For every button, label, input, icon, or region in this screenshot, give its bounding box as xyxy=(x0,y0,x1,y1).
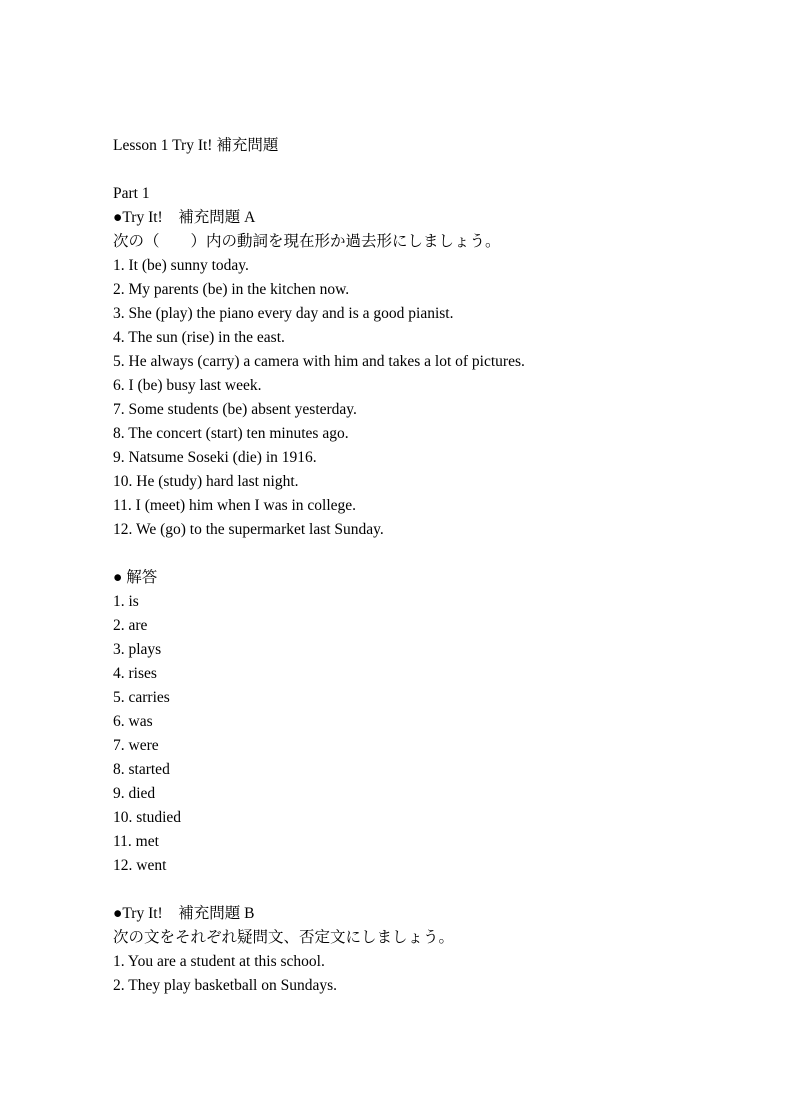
exercise-a-item: 2. My parents (be) in the kitchen now. xyxy=(113,278,740,302)
section-a-instruction: 次の（ ）内の動詞を現在形か過去形にしましょう。 xyxy=(113,230,740,254)
answer-item: 2. are xyxy=(113,614,740,638)
answer-item: 6. was xyxy=(113,710,740,734)
exercise-a-item: 3. She (play) the piano every day and is… xyxy=(113,302,740,326)
exercise-a-item: 7. Some students (be) absent yesterday. xyxy=(113,398,740,422)
document-content: Lesson 1 Try It! 補充問題 Part 1 ●Try It! 補充… xyxy=(0,0,790,998)
document-page: Lesson 1 Try It! 補充問題 Part 1 ●Try It! 補充… xyxy=(0,0,790,1117)
answer-item: 4. rises xyxy=(113,662,740,686)
answer-item: 3. plays xyxy=(113,638,740,662)
exercise-a-item: 6. I (be) busy last week. xyxy=(113,374,740,398)
exercise-a-item: 1. It (be) sunny today. xyxy=(113,254,740,278)
exercise-b-item: 2. They play basketball on Sundays. xyxy=(113,974,740,998)
exercise-a-item: 4. The sun (rise) in the east. xyxy=(113,326,740,350)
answer-item: 12. went xyxy=(113,854,740,878)
answer-item: 8. started xyxy=(113,758,740,782)
answer-item: 7. were xyxy=(113,734,740,758)
document-title: Lesson 1 Try It! 補充問題 xyxy=(113,134,740,158)
section-b-heading: ●Try It! 補充問題 B xyxy=(113,902,740,926)
exercise-a-item: 9. Natsume Soseki (die) in 1916. xyxy=(113,446,740,470)
exercise-a-item: 8. The concert (start) ten minutes ago. xyxy=(113,422,740,446)
exercise-a-item: 11. I (meet) him when I was in college. xyxy=(113,494,740,518)
answer-section-heading: ● 解答 xyxy=(113,566,740,590)
answer-item: 5. carries xyxy=(113,686,740,710)
section-a-heading: ●Try It! 補充問題 A xyxy=(113,206,740,230)
answer-section: ● 解答 1. is 2. are 3. plays 4. rises 5. c… xyxy=(113,566,740,878)
exercise-a-item: 12. We (go) to the supermarket last Sund… xyxy=(113,518,740,542)
exercise-a-item: 5. He always (carry) a camera with him a… xyxy=(113,350,740,374)
exercise-a-item: 10. He (study) hard last night. xyxy=(113,470,740,494)
section-b: ●Try It! 補充問題 B 次の文をそれぞれ疑問文、否定文にしましょう。 1… xyxy=(113,902,740,998)
answer-item: 9. died xyxy=(113,782,740,806)
section-b-instruction: 次の文をそれぞれ疑問文、否定文にしましょう。 xyxy=(113,926,740,950)
answer-item: 11. met xyxy=(113,830,740,854)
answer-item: 1. is xyxy=(113,590,740,614)
part-label: Part 1 xyxy=(113,182,740,206)
exercise-b-item: 1. You are a student at this school. xyxy=(113,950,740,974)
section-a: Part 1 ●Try It! 補充問題 A 次の（ ）内の動詞を現在形か過去形… xyxy=(113,182,740,542)
answer-item: 10. studied xyxy=(113,806,740,830)
